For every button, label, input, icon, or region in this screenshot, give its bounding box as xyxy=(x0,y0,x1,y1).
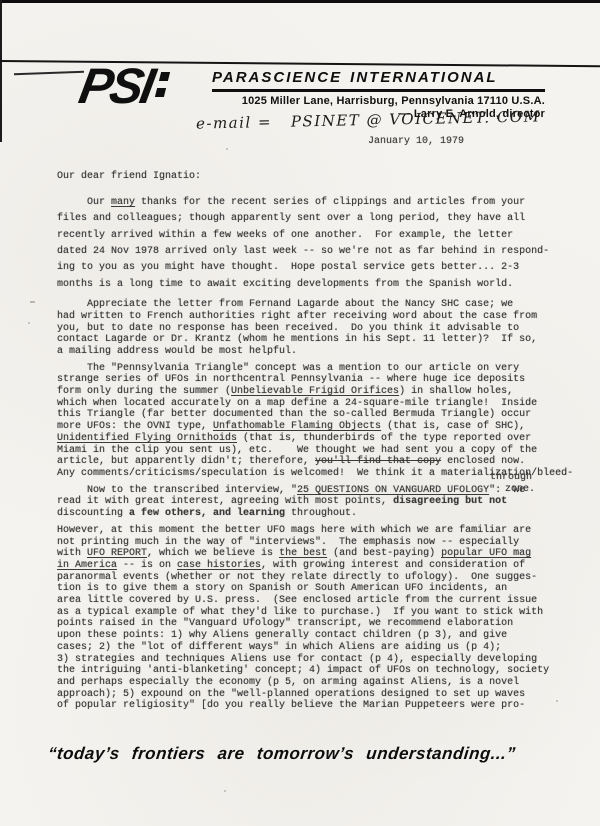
letter-line: of popular religiosity" [do you really b… xyxy=(57,700,573,712)
letter-text-segment: upon these points: 1) why Aliens general… xyxy=(57,630,507,641)
letter-text-segment: not printing much in the way of "intervi… xyxy=(57,537,519,548)
letter-text-segment: you'll find that copy xyxy=(315,456,441,467)
scan-left-edge-artifact xyxy=(0,0,2,142)
letter-text-segment: of popular religiosity" [do you really b… xyxy=(57,700,525,711)
psi-logo-colon-dot xyxy=(154,88,165,97)
letter-text-segment: this Triangle (far better documented tha… xyxy=(57,409,531,420)
letter-line: However, at this moment the better UFO m… xyxy=(57,525,573,537)
letter-line: paranormal events (whether or not they r… xyxy=(57,572,573,584)
letter-text-segment: as a typical example of what they'd like… xyxy=(57,607,543,618)
letter-text-segment: you, but to date no response has been re… xyxy=(57,323,519,334)
letter-text-segment: popular UFO mag xyxy=(441,548,531,559)
letter-line: Appreciate the letter from Fernand Lagar… xyxy=(57,299,573,311)
letter-text-segment: a mailing address would be most helpful. xyxy=(57,346,297,357)
letter-line: form only during the summer (Unbelievabl… xyxy=(57,386,573,398)
letter-text-segment: and perhaps especially the economy (p 5,… xyxy=(57,677,519,688)
letter-line: you, but to date no response has been re… xyxy=(57,323,573,335)
letter-text-segment: strange series of UFOs in northcentral P… xyxy=(57,374,525,385)
letter-line: in America -- is on case histories, with… xyxy=(57,560,573,572)
letter-line: Our many thanks for the recent series of… xyxy=(57,195,573,211)
letter-text-segment: cases; 2) the "lot of different ways" in… xyxy=(57,642,501,653)
letter-text-segment: article, but apparently didn't; therefor… xyxy=(57,456,315,467)
letter-line: Miami in the clip you sent us), etc. We … xyxy=(57,445,573,457)
letter-paragraph: Appreciate the letter from Fernand Lagar… xyxy=(57,299,573,358)
letter-line: area little covered by U.S. press. (See … xyxy=(57,595,573,607)
letter-line: as a typical example of what they'd like… xyxy=(57,607,573,619)
letter-line: more UFOs: the OVNI type, Unfathomable F… xyxy=(57,421,573,433)
letter-text-segment: Unbelievable Frigid Orifices xyxy=(231,386,399,397)
letter-line: cases; 2) the "lot of different ways" in… xyxy=(57,642,573,654)
psi-logo-text: PSI xyxy=(76,63,156,109)
letter-line: dated 24 Nov 1978 arrived only last week… xyxy=(57,244,573,260)
letter-text-segment: form only during the summer ( xyxy=(57,386,231,397)
letter-text-segment: many xyxy=(111,197,135,208)
letter-text-segment: (that is, thunderbirds of the type repor… xyxy=(237,433,531,444)
letter-line: discounting a few others, and learning t… xyxy=(57,508,573,520)
ink-speck xyxy=(224,790,226,792)
letter-text-segment: the best xyxy=(279,548,327,559)
letter-text-segment: Now to the transcribed interview, " xyxy=(57,485,297,496)
letter-date: January 10, 1979 xyxy=(368,136,464,147)
letter-line: had written to French authorities right … xyxy=(57,311,573,323)
letter-line: ing to you as you might have thought. Ho… xyxy=(57,260,573,276)
letter-text-segment: discounting xyxy=(57,508,129,519)
letter-text-segment: the intriguing 'anti-blanketing' concept… xyxy=(57,665,549,676)
letter-line: this Triangle (far better documented tha… xyxy=(57,409,573,421)
letter-body: Our many thanks for the recent series of… xyxy=(57,195,573,712)
letter-line: 3) strategies and techniques Aliens use … xyxy=(57,654,573,666)
letter-text-segment: paranormal events (whether or not they r… xyxy=(57,572,537,583)
letter-text-segment: months is a long time to await exciting … xyxy=(57,279,513,290)
letter-text-segment: However, at this moment the better UFO m… xyxy=(57,525,531,536)
letter-text-segment: enclosed now. xyxy=(441,456,525,467)
letter-line: contact Lagarde or Dr. Krantz (whom he m… xyxy=(57,334,573,346)
psi-logo-colon xyxy=(154,72,169,97)
letter-paragraph: Our many thanks for the recent series of… xyxy=(57,195,573,293)
letter-text-segment: approach); 5) expound on the "well-plann… xyxy=(57,689,525,700)
letter-text-segment: thanks for the recent series of clipping… xyxy=(135,197,525,208)
letter-paragraph: The "Pennsylvania Triangle" concept was … xyxy=(57,363,573,480)
letter-line: points raised in the "Vanguard Ufology" … xyxy=(57,618,573,630)
letter-text-segment: -- is on xyxy=(117,560,177,571)
psi-logo: PSI xyxy=(80,63,167,109)
margin-note-line: zone. xyxy=(505,484,535,496)
letter-text-segment: throughout. xyxy=(285,508,357,519)
letter-text-segment: Appreciate the letter from Fernand Lagar… xyxy=(57,299,513,310)
psi-logo-colon-dot xyxy=(158,72,169,81)
letter-line: files and colleagues; though apparently … xyxy=(57,211,573,227)
scan-top-edge-artifact xyxy=(0,0,600,3)
letter-text-segment: in America xyxy=(57,560,117,571)
letter-text-segment: disagreeing but not xyxy=(393,496,507,507)
letter-text-segment: points raised in the "Vanguard Ufology" … xyxy=(57,618,513,629)
letter-text-segment: Unfathomable Flaming Objects xyxy=(213,421,381,432)
letter-line: article, but apparently didn't; therefor… xyxy=(57,456,573,468)
ink-speck xyxy=(30,301,35,303)
letter-text-segment: area little covered by U.S. press. (See … xyxy=(57,595,537,606)
margin-note-line: through xyxy=(490,472,535,484)
letter-text-segment: Miami in the clip you sent us), etc. We … xyxy=(57,445,537,456)
address-line: 1025 Miller Lane, Harrisburg, Pennsylvan… xyxy=(212,95,545,107)
letter-line: a mailing address would be most helpful. xyxy=(57,346,573,358)
letter-text-segment: files and colleagues; though apparently … xyxy=(57,213,525,224)
letter-line: Unidentified Flying Ornithoids (that is,… xyxy=(57,433,573,445)
letter-text-segment: UFO REPORT xyxy=(87,548,147,559)
letter-line: months is a long time to await exciting … xyxy=(57,277,573,293)
letter-text-segment: (that is, case of SHC), xyxy=(381,421,525,432)
letter-text-segment: with xyxy=(57,548,87,559)
letter-text-segment: (and best-paying) xyxy=(327,548,441,559)
letter-line: not printing much in the way of "intervi… xyxy=(57,537,573,549)
company-name-underline xyxy=(212,89,545,92)
letter-text-segment: Unidentified Flying Ornithoids xyxy=(57,433,237,444)
letter-line: with UFO REPORT, which we believe is the… xyxy=(57,548,573,560)
letter-body-container: Our dear friend Ignatio: Our many thanks… xyxy=(57,171,573,717)
letter-line: recently arrived within a few weeks of o… xyxy=(57,228,573,244)
letter-line: and perhaps especially the economy (p 5,… xyxy=(57,677,573,689)
letter-line: tion is to give them a story on Spanish … xyxy=(57,583,573,595)
letter-text-segment: contact Lagarde or Dr. Krantz (whom he m… xyxy=(57,334,537,345)
letter-text-segment: case histories xyxy=(177,560,261,571)
letter-line: upon these points: 1) why Aliens general… xyxy=(57,630,573,642)
letter-text-segment: a few others, and learning xyxy=(129,508,285,519)
letter-text-segment: , with growing interest and consideratio… xyxy=(261,560,525,571)
letter-text-segment: 25 QUESTIONS ON VANGUARD UFOLOGY xyxy=(297,485,489,496)
company-name: ParaScience International xyxy=(212,62,552,88)
ink-speck xyxy=(28,322,30,324)
letter-text-segment: Our xyxy=(57,197,111,208)
letter-line: strange series of UFOs in northcentral P… xyxy=(57,374,573,386)
letter-text-segment: read it with great interest, agreeing wi… xyxy=(57,496,393,507)
margin-note: through zone. xyxy=(490,472,535,496)
letter-paragraph: However, at this moment the better UFO m… xyxy=(57,525,573,712)
letter-text-segment: which when located accurately on a map d… xyxy=(57,398,537,409)
letter-line: read it with great interest, agreeing wi… xyxy=(57,496,573,508)
letter-line: which when located accurately on a map d… xyxy=(57,398,573,410)
letter-text-segment: , which we believe is xyxy=(147,548,279,559)
scanned-letter-page: PSI ParaScience International 1025 Mille… xyxy=(0,0,600,826)
footer-slogan: “today’s frontiers are tomorrow’s unders… xyxy=(47,744,569,764)
letter-text-segment: ing to you as you might have thought. Ho… xyxy=(57,262,519,273)
letter-text-segment: recently arrived within a few weeks of o… xyxy=(57,230,513,241)
letter-line: approach); 5) expound on the "well-plann… xyxy=(57,689,573,701)
letter-line: the intriguing 'anti-blanketing' concept… xyxy=(57,665,573,677)
salutation: Our dear friend Ignatio: xyxy=(57,171,573,183)
letter-text-segment: more UFOs: the OVNI type, xyxy=(57,421,213,432)
letter-text-segment: dated 24 Nov 1978 arrived only last week… xyxy=(57,246,549,257)
letter-text-segment: The "Pennsylvania Triangle" concept was … xyxy=(57,363,519,374)
letter-text-segment: ) in shallow holes, xyxy=(399,386,513,397)
letter-text-segment: had written to French authorities right … xyxy=(57,311,537,322)
letter-line: The "Pennsylvania Triangle" concept was … xyxy=(57,363,573,375)
letter-text-segment: 3) strategies and techniques Aliens use … xyxy=(57,654,537,665)
letter-text-segment: tion is to give them a story on Spanish … xyxy=(57,583,507,594)
pen-scratch-artifact xyxy=(14,71,84,75)
ink-speck xyxy=(226,148,228,150)
